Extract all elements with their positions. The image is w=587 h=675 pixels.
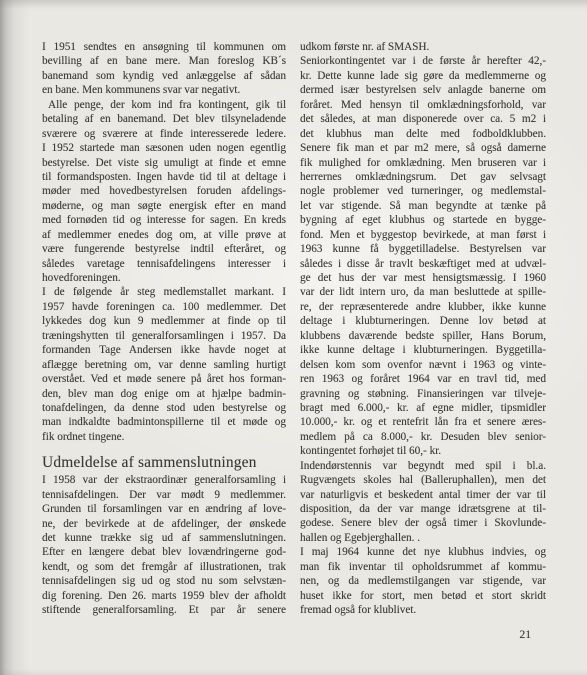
text-line: fik ordnet tingene.: [42, 430, 286, 444]
page-text-area: I 1951 sendtes en ansøgning til kommunen…: [42, 40, 546, 618]
text-line: fik mulighed for omklædning. Men brusere…: [300, 156, 546, 170]
text-line: Efter en længere debat blev lovændringer…: [42, 545, 286, 559]
scanned-book-page: I 1951 sendtes en ansøgning til kommunen…: [0, 0, 587, 675]
text-line: disposition, da der var mange idrætsgren…: [300, 502, 546, 516]
text-line: 1963 kunne få byggetilladelse. Bestyrels…: [300, 242, 546, 256]
text-line: re, der repræsenterede andre klubber, ik…: [300, 300, 546, 314]
text-line: udkom første nr. af SMASH.: [300, 40, 546, 54]
text-line: således i disse år travlt beskæftiget me…: [300, 257, 546, 271]
text-column-right: udkom første nr. af SMASH.Seniorkontinge…: [300, 40, 546, 618]
text-line: nen, og da medlemstilgangen var stigende…: [300, 574, 546, 588]
text-line: gravning og støbning. Finansieringen var…: [300, 387, 546, 401]
text-line: til formandsposten. Ingen havde tid til …: [42, 170, 286, 184]
text-line: med fornøden tid og interesse for sagen.…: [42, 213, 286, 227]
text-line: møder med hovedbestyrelsen foruden afdel…: [42, 184, 286, 198]
text-line: I 1952 startede man sæsonen uden nogen e…: [42, 141, 286, 155]
text-line: medlem på ca 8.000,- kr. Desuden blev se…: [300, 430, 546, 444]
text-line: I maj 1964 kunne det nye klubhus indvies…: [300, 545, 546, 559]
text-line: ikke kunne deltage i klubturneringen. By…: [300, 343, 546, 357]
text-line: bygning af eget klubhus og startede en b…: [300, 213, 546, 227]
text-line: aflægge beretning om, var denne samling …: [42, 358, 286, 372]
text-line: overstået. Ved et møde senere på året ho…: [42, 372, 286, 386]
text-line: bestyrelse. Det viste sig umuligt at fin…: [42, 156, 286, 170]
text-line: delsen kom som ovenfor nævnt i 1963 og v…: [300, 358, 546, 372]
text-line: 10.000,- kr. og et rentefrit lån fra et …: [300, 415, 546, 429]
text-line: sværere og sværere at finde interessered…: [42, 127, 286, 141]
text-line: banemand som kyndig ved anlæggelse af så…: [42, 69, 286, 83]
text-line: bevilling af en bane mere. Man foreslog …: [42, 54, 286, 68]
text-line: huset ikke for stort, men betød et stort…: [300, 589, 546, 603]
text-line: Indendørstennis var begyndt med spil i b…: [300, 459, 546, 473]
scan-left-shadow: [0, 0, 32, 675]
text-line: tennisafdelingen. Der var mødt 9 medlemm…: [42, 488, 286, 502]
text-line: Grunden til forsamlingen var en ændring …: [42, 502, 286, 516]
text-line: 1957 havde foreningen ca. 100 medlemmer.…: [42, 300, 286, 314]
text-line: tonafdelingen, da denne stod uden bestyr…: [42, 401, 286, 415]
text-line: det således, at man disponerede over ca.…: [300, 112, 546, 126]
text-line: den, blev man dog enige om at hjælpe bad…: [42, 387, 286, 401]
text-line: af medlemmer enedes dog om, at ville prø…: [42, 228, 286, 242]
text-line: det kunne trække sig ud af sammenslutnin…: [42, 531, 286, 545]
text-line: herrernes omklædningsrum. Det gav selvsa…: [300, 170, 546, 184]
text-line: dig forening. Den 26. marts 1959 blev de…: [42, 589, 286, 603]
text-line: træningshytten til generalforsamlingen i…: [42, 329, 286, 343]
text-line: betaling af en banemand. Det blev tilsyn…: [42, 112, 286, 126]
text-line: man fik inventar til opholdsrummet af ko…: [300, 560, 546, 574]
text-line: Alle penge, der kom ind fra kontingent, …: [42, 98, 286, 112]
text-line: tennisafdelingen sig ud og stod nu som s…: [42, 574, 286, 588]
text-line: ne, der bevirkede at de afdelinger, der …: [42, 517, 286, 531]
text-line: I de følgende år steg medlemstallet mark…: [42, 285, 286, 299]
text-line: være fungerende bestyrelse indtil efterå…: [42, 242, 286, 256]
page-number: 21: [42, 628, 531, 642]
text-line: kr. Dette kunne lade sig gøre da medlemm…: [300, 69, 546, 83]
text-line: kendt, og som det fremgår af illustratio…: [42, 560, 286, 574]
text-line: formanden Tage Andersen ikke havde noget…: [42, 343, 286, 357]
text-line: det klubhus man delte med fodboldklubben…: [300, 127, 546, 141]
text-line: man indkaldte badmintonspillerne til et …: [42, 415, 286, 429]
text-line: ge det hus der var mest hensigtsmæssig. …: [300, 271, 546, 285]
text-line: Senere fik man et par m2 mere, så også d…: [300, 141, 546, 155]
text-line: fremad også for klublivet.: [300, 603, 546, 617]
text-line: Rugvængets skoles hal (Balleruphallen), …: [300, 473, 546, 487]
text-line: dermed især bestyrelsen selv anlagde ban…: [300, 83, 546, 97]
text-line: I 1958 var der ekstraordinær generalfors…: [42, 473, 286, 487]
text-line: ren 1963 og foråret 1964 var en travl ti…: [300, 372, 546, 386]
text-line: hallen og Egebjerghallen. .: [300, 531, 546, 545]
text-line: var naturligvis et beskedent antal timer…: [300, 488, 546, 502]
text-line: klubbens daværende bedste spiller, Hans …: [300, 329, 546, 343]
text-line: lykkedes dog kun 9 medlemmer at finde op…: [42, 314, 286, 328]
text-line: fond. Men et byggestop bevirkede, at man…: [300, 228, 546, 242]
text-line: let var stigende. Så man begyndte at tæn…: [300, 199, 546, 213]
text-line: godese. Senere blev der også timer i Sko…: [300, 516, 546, 530]
text-line: Seniorkontingentet var i de første år he…: [300, 54, 546, 68]
scan-bottom-shadow: [0, 669, 587, 675]
text-line: var der lidt intern uro, da man beslutte…: [300, 285, 546, 299]
text-line: hovedforeningen.: [42, 271, 286, 285]
text-line: kontingentet forhøjet til 60,- kr.: [300, 444, 546, 458]
text-line: foråret. Med hensyn til omklædningsforho…: [300, 98, 546, 112]
text-line: bragt med 6.000,- kr. af egne midler, ti…: [300, 401, 546, 415]
text-line: således varetage tennisafdelingens inter…: [42, 257, 286, 271]
text-line: en bane. Men kommunens svar var negativt…: [42, 83, 286, 97]
text-line: nogle problemer ved turneringer, og medl…: [300, 184, 546, 198]
text-line: I 1951 sendtes en ansøgning til kommunen…: [42, 40, 286, 54]
section-heading: Udmeldelse af sammenslutningen: [42, 452, 286, 473]
text-line: møderne, og man søgte energisk efter en …: [42, 199, 286, 213]
text-column-left: I 1951 sendtes en ansøgning til kommunen…: [42, 40, 286, 618]
scan-top-shadow: [0, 0, 587, 10]
text-line: stiftende generalforsamling. Et par år s…: [42, 603, 286, 617]
text-line: deltage i klubturneringen. Denne lov bet…: [300, 314, 546, 328]
